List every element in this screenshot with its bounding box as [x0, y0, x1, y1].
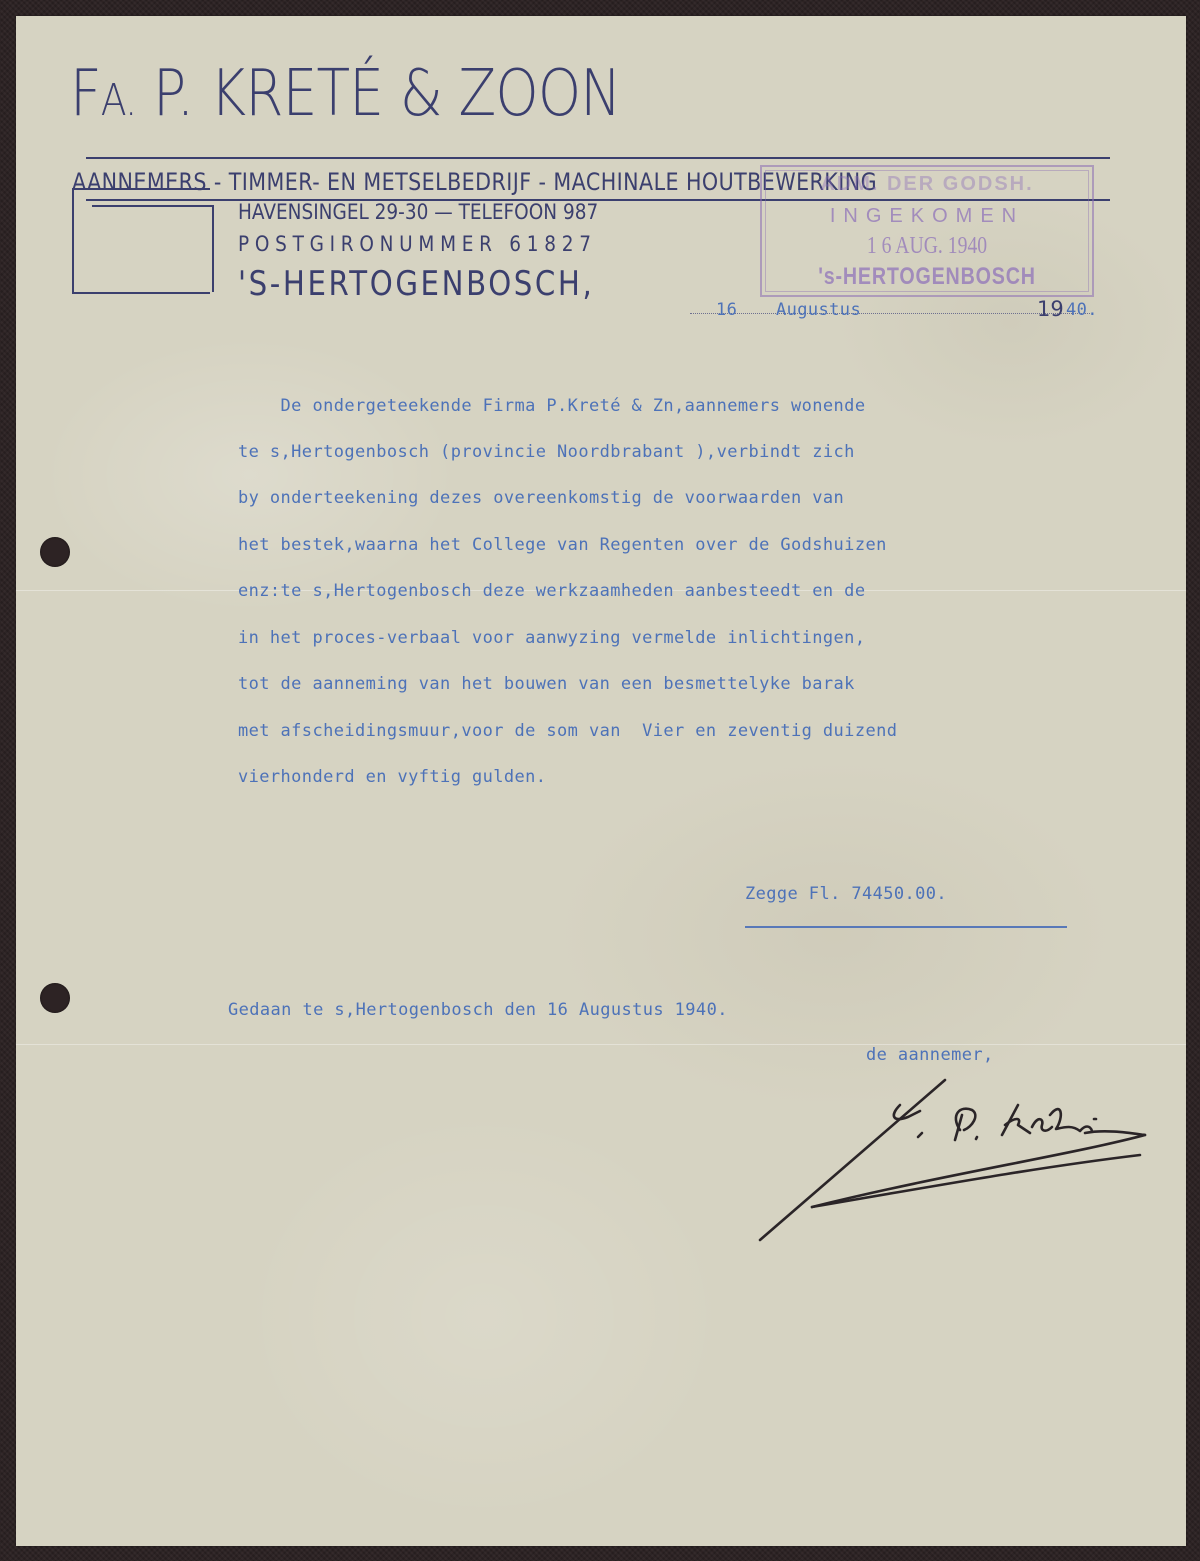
body-line: met afscheidingsmuur,voor de som van Vie… [238, 721, 897, 741]
date-day: 16 [716, 300, 737, 320]
amount-total: Zegge Fl. 74450.00. [745, 884, 947, 904]
body-line: by onderteekening dezes overeenkomstig d… [238, 488, 844, 508]
postgiro-line: POSTGIRONUMMER 61827 [238, 232, 597, 256]
letterhead-logo-box-inner [92, 205, 214, 292]
closing-role: de aannemer, [866, 1045, 994, 1065]
header-rule-top [86, 157, 1110, 159]
body-line: vierhonderd en vyftig gulden. [238, 767, 546, 787]
signature-icon [740, 1075, 1160, 1250]
stamp-line-date: 1 6 AUG. 1940 [792, 233, 1063, 260]
fold-line [16, 1044, 1186, 1045]
stamp-line-city: 's-HERTOGENBOSCH [792, 263, 1063, 291]
stamp-line-admin: ADM. DER GODSH. [762, 173, 1092, 196]
closing-place-date: Gedaan te s,Hertogenbosch den 16 Augustu… [228, 1000, 728, 1020]
stamp-line-ingekomen: INGEKOMEN [762, 205, 1092, 228]
received-stamp: ADM. DER GODSH. INGEKOMEN 1 6 AUG. 1940 … [760, 165, 1094, 297]
amount-underline [745, 926, 1067, 928]
body-line: enz:te s,Hertogenbosch deze werkzaamhede… [238, 581, 865, 601]
body-line: De ondergeteekende Firma P.Kreté & Zn,aa… [238, 396, 865, 416]
body-line: tot de aanneming van het bouwen van een … [238, 674, 855, 694]
city-line: 'S-HERTOGENBOSCH, [238, 264, 594, 304]
address-line: HAVENSINGEL 29-30 — TELEFOON 987 [238, 200, 598, 224]
punch-hole [40, 537, 70, 567]
body-line: in het proces-verbaal voor aanwyzing ver… [238, 628, 865, 648]
date-dotted-line [690, 313, 1090, 314]
date-century: 19 [1037, 297, 1064, 321]
date-year: 40. [1066, 300, 1098, 320]
body-line: te s,Hertogenbosch (provincie Noordbraba… [238, 442, 855, 462]
firm-name-heading: FA. P. KRETÉ & ZOON [70, 62, 621, 126]
punch-hole [40, 983, 70, 1013]
body-line: het bestek,waarna het College van Regent… [238, 535, 887, 555]
date-month: Augustus [776, 300, 861, 320]
